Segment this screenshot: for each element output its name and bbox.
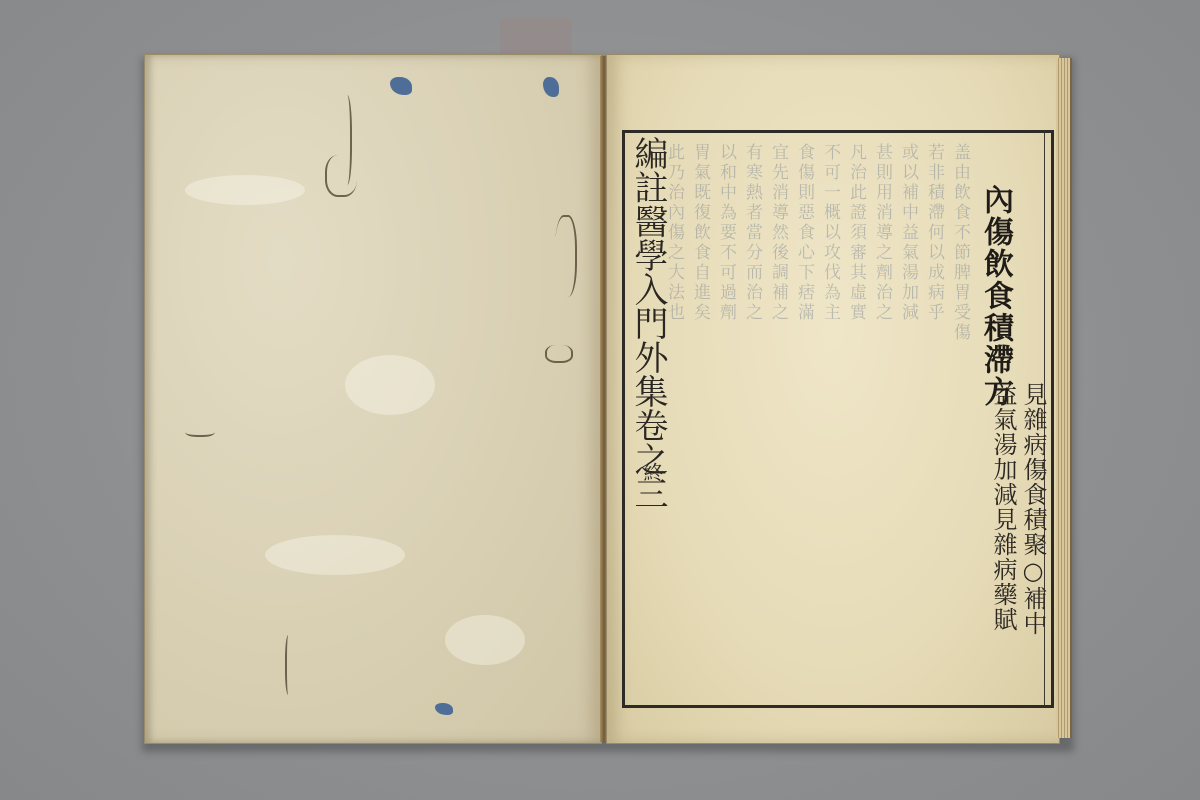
page-stack-edge [1056, 58, 1072, 738]
blue-stain [543, 77, 559, 97]
open-book: 盖由飲食不節脾胃受傷 若非積滯何以成病乎 或以補中益氣湯加減 甚則用消導之劑治之… [138, 52, 1070, 746]
section-heading: 內傷飲食積滯方 [978, 184, 1012, 408]
blue-stain [435, 703, 453, 715]
end-mark: 終 [638, 462, 667, 482]
volume-title: 編註醫學入門外集卷之三 [628, 136, 668, 510]
sub-line-1: 見雜病傷食積聚○補中 [1016, 382, 1051, 636]
blue-stain [390, 77, 412, 95]
show-through-text: 盖由飲食不節脾胃受傷 若非積滯何以成病乎 或以補中益氣湯加減 甚則用消導之劑治之… [647, 143, 971, 697]
sub-line-2: 益氣湯加減見雜病藥賦 [986, 382, 1021, 632]
left-page [144, 54, 602, 744]
